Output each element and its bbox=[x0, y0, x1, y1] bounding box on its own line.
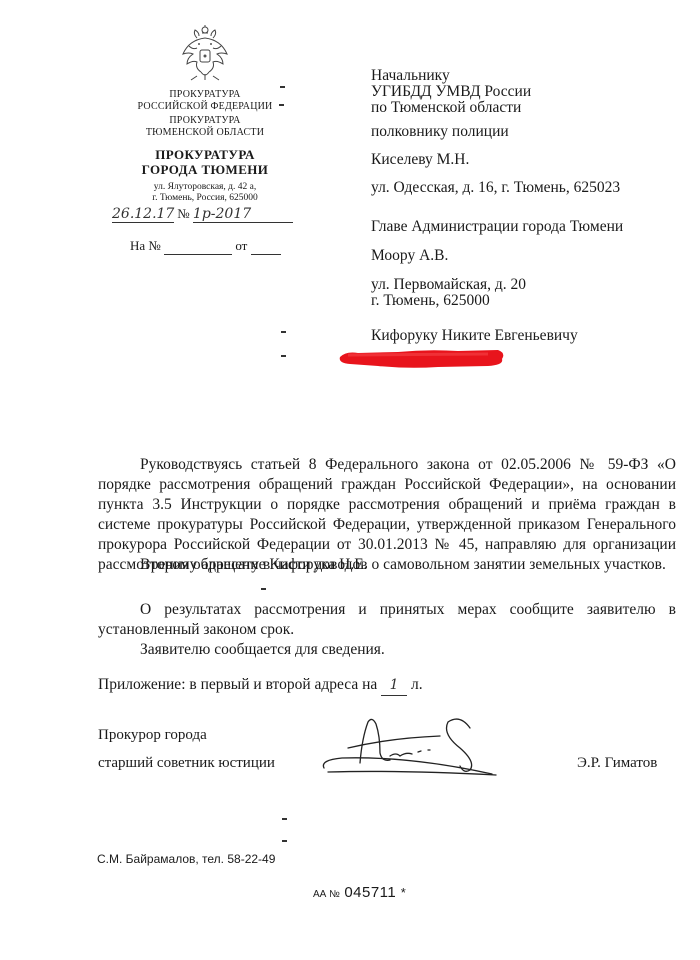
addressee-rank: полковнику полиции bbox=[371, 124, 509, 140]
addressee-name: Кифоруку Никите Евгеньевичу bbox=[371, 328, 578, 344]
scan-mark bbox=[282, 818, 287, 820]
eagle-emblem-icon bbox=[175, 24, 235, 84]
executor-contact: С.М. Байрамалов, тел. 58-22-49 bbox=[97, 852, 275, 866]
addressee-line: ул. Первомайская, д. 20 bbox=[371, 277, 526, 293]
body-paragraph: О результатах рассмотрения и принятых ме… bbox=[98, 600, 676, 640]
org-main-name: ПРОКУРАТУРА bbox=[105, 147, 305, 162]
scan-mark bbox=[280, 86, 285, 88]
addressee-address: ул. Первомайская, д. 20 г. Тюмень, 62500… bbox=[371, 277, 526, 309]
body-paragraph: Второму адресату в части доводов о самов… bbox=[98, 555, 676, 575]
org-name-line: ПРОКУРАТУРА bbox=[105, 115, 305, 127]
org-address: ул. Ялуторовская, д. 42 а, bbox=[105, 182, 305, 193]
org-main-name: ГОРОДА ТЮМЕНИ bbox=[105, 162, 305, 177]
serial-number: 045711 bbox=[344, 884, 396, 901]
ref-number-field bbox=[164, 238, 232, 255]
redaction-mark bbox=[338, 347, 508, 369]
ref-from-label: от bbox=[235, 238, 247, 253]
org-address: г. Тюмень, Россия, 625000 bbox=[105, 193, 305, 204]
addressee-block: Начальнику УГИБДД УМВД России по Тюменск… bbox=[371, 68, 531, 116]
registration-line: 26.12.17 № 1р-2017 bbox=[112, 206, 293, 223]
attachment-unit: л. bbox=[411, 676, 423, 693]
attachment-pages-field: 1 bbox=[381, 675, 407, 696]
attachment-label: Приложение: в первый и второй адреса на bbox=[98, 676, 377, 693]
reg-date-field: 26.12.17 bbox=[112, 206, 174, 223]
reference-line: На № от bbox=[130, 238, 281, 255]
scan-mark bbox=[281, 331, 286, 333]
scan-mark bbox=[279, 104, 284, 106]
addressee-address: ул. Одесская, д. 16, г. Тюмень, 625023 bbox=[371, 180, 620, 196]
signature-icon bbox=[320, 708, 500, 778]
serial-prefix: АА № bbox=[313, 889, 340, 900]
ref-no-label: На № bbox=[130, 238, 161, 253]
reg-no-label: № bbox=[177, 206, 189, 221]
signer-rank: старший советник юстиции bbox=[98, 755, 275, 772]
addressee-name: Моору А.В. bbox=[371, 248, 448, 264]
addressee-title: Главе Администрации города Тюмени bbox=[371, 219, 623, 235]
addressee-line: УГИБДД УМВД России bbox=[371, 84, 531, 100]
addressee-line: г. Тюмень, 625000 bbox=[371, 293, 526, 309]
reg-number-field: 1р-2017 bbox=[193, 206, 293, 223]
org-name-line: ПРОКУРАТУРА bbox=[105, 89, 305, 101]
body-paragraph: Заявителю сообщается для сведения. bbox=[98, 640, 676, 660]
serial-suffix: * bbox=[401, 885, 406, 900]
addressee-line: Начальнику bbox=[371, 68, 531, 84]
attachment-line: Приложение: в первый и второй адреса на … bbox=[98, 675, 676, 696]
form-serial: АА № 045711 * bbox=[313, 884, 406, 902]
addressee-name: Киселеву М.Н. bbox=[371, 152, 469, 168]
ref-date-field bbox=[251, 238, 281, 255]
addressee-line: по Тюменской области bbox=[371, 100, 531, 116]
scan-mark bbox=[261, 588, 266, 590]
org-name-line: ТЮМЕНСКОЙ ОБЛАСТИ bbox=[105, 127, 305, 139]
signer-name: Э.Р. Гиматов bbox=[577, 755, 657, 772]
org-name-line: РОССИЙСКОЙ ФЕДЕРАЦИИ bbox=[105, 101, 305, 113]
scan-mark bbox=[282, 840, 287, 842]
signer-title: Прокурор города bbox=[98, 727, 207, 744]
scan-mark bbox=[281, 355, 286, 357]
